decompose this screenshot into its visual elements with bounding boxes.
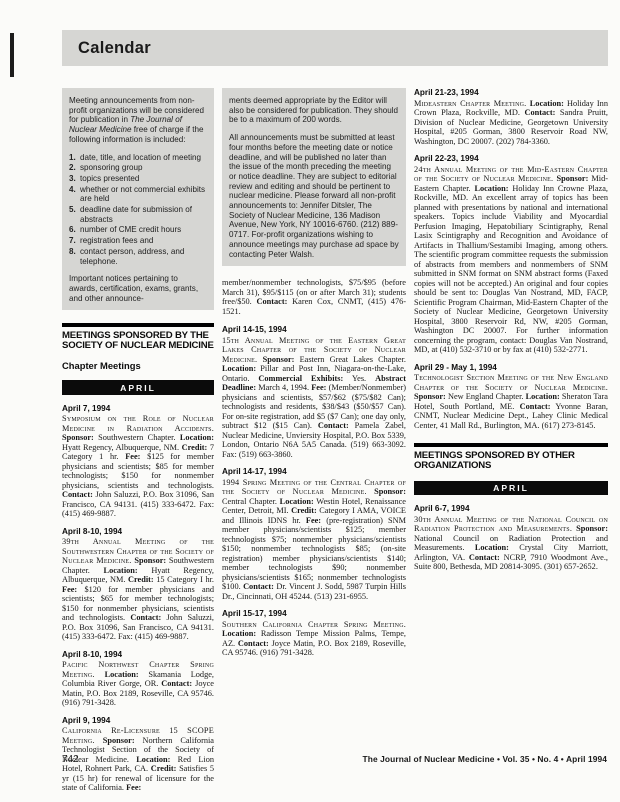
notice-list-item: 5.deadline date for submission of abstra… bbox=[69, 205, 207, 224]
entry-date: April 22-23, 1994 bbox=[414, 154, 608, 163]
entries-column-right-other: April 6-7, 199430th Annual Meeting of th… bbox=[414, 504, 608, 572]
entries-column-left: April 7, 1994Symposium on the Role of Nu… bbox=[62, 404, 214, 793]
section-subtitle-chapter-meetings: Chapter Meetings bbox=[62, 360, 214, 371]
list-item-text: deadline date for submission of abstract… bbox=[80, 205, 207, 224]
list-item-text: number of CME credit hours bbox=[80, 225, 181, 235]
list-item-text: sponsoring group bbox=[80, 163, 143, 173]
list-item-text: whether or not commercial exhibits are h… bbox=[80, 185, 207, 204]
entry-date: April 15-17, 1994 bbox=[222, 609, 406, 618]
notice-list-item: 2.sponsoring group bbox=[69, 163, 207, 173]
entry-date: April 8-10, 1994 bbox=[62, 650, 214, 659]
journal-calendar-page: Calendar Meeting announcements from non-… bbox=[0, 0, 620, 802]
calendar-entry: April 6-7, 199430th Annual Meeting of th… bbox=[414, 504, 608, 572]
notice-intro: Meeting announcements from non-profit or… bbox=[69, 96, 207, 145]
entry-date: April 9, 1994 bbox=[62, 716, 214, 725]
entry-body: 24th Annual Meeting of the Mid-Eastern C… bbox=[414, 165, 608, 355]
column-left: Meeting announcements from non-profit or… bbox=[62, 88, 214, 801]
entry-body: 30th Annual Meeting of the National Coun… bbox=[414, 515, 608, 572]
notice-list-item: 6.number of CME credit hours bbox=[69, 225, 207, 235]
notice-list-item: 7.registration fees and bbox=[69, 236, 207, 246]
list-item-text: topics presented bbox=[80, 174, 139, 184]
list-item-number: 3. bbox=[69, 174, 80, 184]
entries-column-right: April 21-23, 1994Mideastern Chapter Meet… bbox=[414, 88, 608, 430]
section-rule-other-orgs bbox=[414, 443, 608, 447]
calendar-entry: April 21-23, 1994Mideastern Chapter Meet… bbox=[414, 88, 608, 146]
notice-list-item: 4.whether or not commercial exhibits are… bbox=[69, 185, 207, 204]
journal-volume-line: The Journal of Nuclear Medicine • Vol. 3… bbox=[363, 754, 607, 764]
section-rule-snm bbox=[62, 323, 214, 327]
month-bar-april-snm: APRIL bbox=[62, 380, 214, 395]
entry-body: 15th Annual Meeting of the Eastern Great… bbox=[222, 336, 406, 460]
section-title-other-organizations: MEETINGS SPONSORED BY OTHER ORGANIZATION… bbox=[414, 451, 608, 472]
header-bar: Calendar bbox=[62, 30, 608, 66]
entries-column-middle: April 14-15, 199415th Annual Meeting of … bbox=[222, 325, 406, 658]
notice-required-info-list: 1.date, title, and location of meeting2.… bbox=[69, 153, 207, 267]
entry-continuation-re-licensure-fee: member/nonmember technologists, $75/$95 … bbox=[222, 278, 406, 316]
calendar-entry: April 14-15, 199415th Annual Meeting of … bbox=[222, 325, 406, 459]
page-title: Calendar bbox=[78, 39, 151, 58]
notice-list-item: 8.contact person, address, and telephone… bbox=[69, 247, 207, 266]
page-number: 742 bbox=[62, 754, 79, 765]
entry-body: Mideastern Chapter Meeting. Location: Ho… bbox=[414, 99, 608, 147]
list-item-number: 2. bbox=[69, 163, 80, 173]
month-bar-april-other: APRIL bbox=[414, 481, 608, 496]
column-right: April 21-23, 1994Mideastern Chapter Meet… bbox=[414, 88, 608, 801]
notice-footer-text: Important notices pertaining to awards, … bbox=[69, 274, 207, 303]
list-item-text: date, title, and location of meeting bbox=[80, 153, 201, 163]
entry-date: April 29 - May 1, 1994 bbox=[414, 363, 608, 372]
page-footer: 742 The Journal of Nuclear Medicine • Vo… bbox=[62, 754, 607, 765]
entry-date: April 8-10, 1994 bbox=[62, 527, 214, 536]
entry-date: April 21-23, 1994 bbox=[414, 88, 608, 97]
list-item-text: contact person, address, and telephone. bbox=[80, 247, 207, 266]
entry-date: April 7, 1994 bbox=[62, 404, 214, 413]
calendar-entry: April 8-10, 1994Pacific Northwest Chapte… bbox=[62, 650, 214, 708]
list-item-number: 6. bbox=[69, 225, 80, 235]
three-column-layout: Meeting announcements from non-profit or… bbox=[62, 88, 608, 801]
calendar-entry: April 22-23, 199424th Annual Meeting of … bbox=[414, 154, 608, 355]
entry-date: April 6-7, 1994 bbox=[414, 504, 608, 513]
list-item-text: registration fees and bbox=[80, 236, 153, 246]
section-title-snm-meetings: MEETINGS SPONSORED BY THE SOCIETY OF NUC… bbox=[62, 331, 214, 352]
list-item-number: 7. bbox=[69, 236, 80, 246]
calendar-entry: April 8-10, 199439th Annual Meeting of t… bbox=[62, 527, 214, 642]
page-edge-mark bbox=[10, 33, 14, 77]
list-item-number: 1. bbox=[69, 153, 80, 163]
page-content: Calendar Meeting announcements from non-… bbox=[62, 30, 608, 801]
entry-date: April 14-15, 1994 bbox=[222, 325, 406, 334]
column-middle: ments deemed appropriate by the Editor w… bbox=[222, 88, 406, 801]
entry-body: 39th Annual Meeting of the Southwestern … bbox=[62, 537, 214, 642]
calendar-entry: April 29 - May 1, 1994Technologist Secti… bbox=[414, 363, 608, 431]
entry-body: Symposium on the Role of Nuclear Medicin… bbox=[62, 414, 214, 519]
notice-box-left: Meeting announcements from non-profit or… bbox=[62, 88, 214, 310]
notice-list-item: 3.topics presented bbox=[69, 174, 207, 184]
list-item-number: 5. bbox=[69, 205, 80, 224]
entry-body: 1994 Spring Meeting of the Central Chapt… bbox=[222, 478, 406, 602]
notice-paragraph-1: ments deemed appropriate by the Editor w… bbox=[229, 96, 399, 125]
entry-body: Technologist Section Meeting of the New … bbox=[414, 373, 608, 430]
entry-body: Southern California Chapter Spring Meeti… bbox=[222, 620, 406, 658]
calendar-entry: April 14-17, 19941994 Spring Meeting of … bbox=[222, 467, 406, 601]
notice-box-right: ments deemed appropriate by the Editor w… bbox=[222, 88, 406, 266]
calendar-entry: April 7, 1994Symposium on the Role of Nu… bbox=[62, 404, 214, 519]
notice-paragraph-2: All announcements must be submitted at l… bbox=[229, 133, 399, 259]
list-item-number: 8. bbox=[69, 247, 80, 266]
entry-body: Pacific Northwest Chapter Spring Meeting… bbox=[62, 660, 214, 708]
calendar-entry: April 15-17, 1994Southern California Cha… bbox=[222, 609, 406, 658]
notice-list-item: 1.date, title, and location of meeting bbox=[69, 153, 207, 163]
entry-date: April 14-17, 1994 bbox=[222, 467, 406, 476]
list-item-number: 4. bbox=[69, 185, 80, 204]
